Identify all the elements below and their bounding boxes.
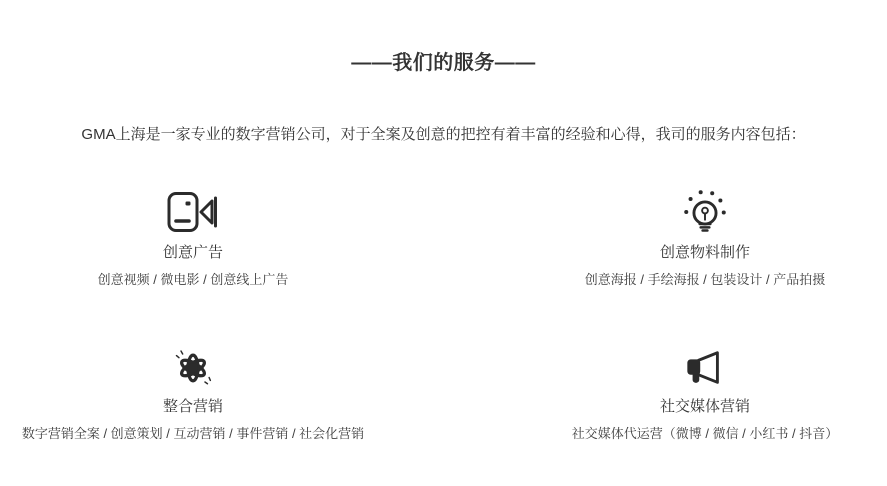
lightbulb-icon [505,188,887,236]
service-card-creative-materials: 创意物料制作 创意海报 / 手绘海报 / 包装设计 / 产品拍摄 [505,188,887,288]
intro-text: GMA上海是一家专业的数字营销公司，对于全案及创意的把控有着丰富的经验和心得，我… [0,123,887,144]
services-section: ——我们的服务—— GMA上海是一家专业的数字营销公司，对于全案及创意的把控有着… [0,0,887,486]
megaphone-icon [505,346,887,390]
service-subtitle: 创意视频 / 微电影 / 创意线上广告 [0,272,393,288]
service-title: 创意广告 [0,244,393,262]
service-title: 创意物料制作 [505,244,887,262]
atom-icon [0,346,393,390]
service-title: 社交媒体营销 [505,398,887,416]
service-subtitle: 创意海报 / 手绘海报 / 包装设计 / 产品拍摄 [505,272,887,288]
service-card-creative-ads: 创意广告 创意视频 / 微电影 / 创意线上广告 [0,188,393,288]
page-title: ——我们的服务—— [0,46,887,75]
service-card-integrated-marketing: 整合营销 数字营销全案 / 创意策划 / 互动营销 / 事件营销 / 社会化营销 [0,346,393,442]
service-card-social-media: 社交媒体营销 社交媒体代运营（微博 / 微信 / 小红书 / 抖音） [505,346,887,442]
service-subtitle: 社交媒体代运营（微博 / 微信 / 小红书 / 抖音） [505,426,887,442]
service-title: 整合营销 [0,398,393,416]
service-subtitle: 数字营销全案 / 创意策划 / 互动营销 / 事件营销 / 社会化营销 [0,426,393,442]
video-camera-icon [0,188,393,236]
